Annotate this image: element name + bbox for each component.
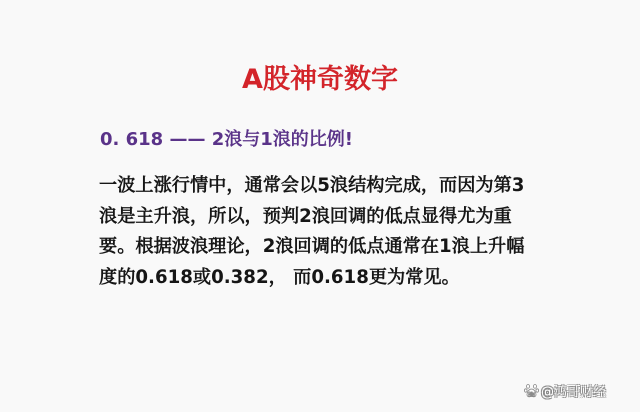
body-line: 一波上涨行情中，通常会以5浪结构完成，而因为第3	[99, 171, 569, 202]
watermark: du @鸿哥财经	[524, 381, 606, 400]
baidu-paw-icon: du	[524, 383, 539, 398]
body-line: 度的0.618或0.382， 而0.618更为常见。	[99, 263, 569, 294]
slide-body: 一波上涨行情中，通常会以5浪结构完成，而因为第3 浪是主升浪，所以，预判2浪回调…	[99, 171, 569, 293]
slide-title: A股神奇数字	[0, 62, 640, 98]
watermark-text: @鸿哥财经	[541, 381, 606, 400]
slide: A股神奇数字 0. 618 —— 2浪与1浪的比例! 一波上涨行情中，通常会以5…	[0, 0, 640, 412]
svg-text:du: du	[529, 392, 535, 397]
body-line: 浪是主升浪，所以，预判2浪回调的低点显得尤为重	[99, 202, 569, 233]
slide-subtitle: 0. 618 —— 2浪与1浪的比例!	[100, 127, 353, 153]
body-line: 要。根据波浪理论，2浪回调的低点通常在1浪上升幅	[99, 232, 569, 263]
